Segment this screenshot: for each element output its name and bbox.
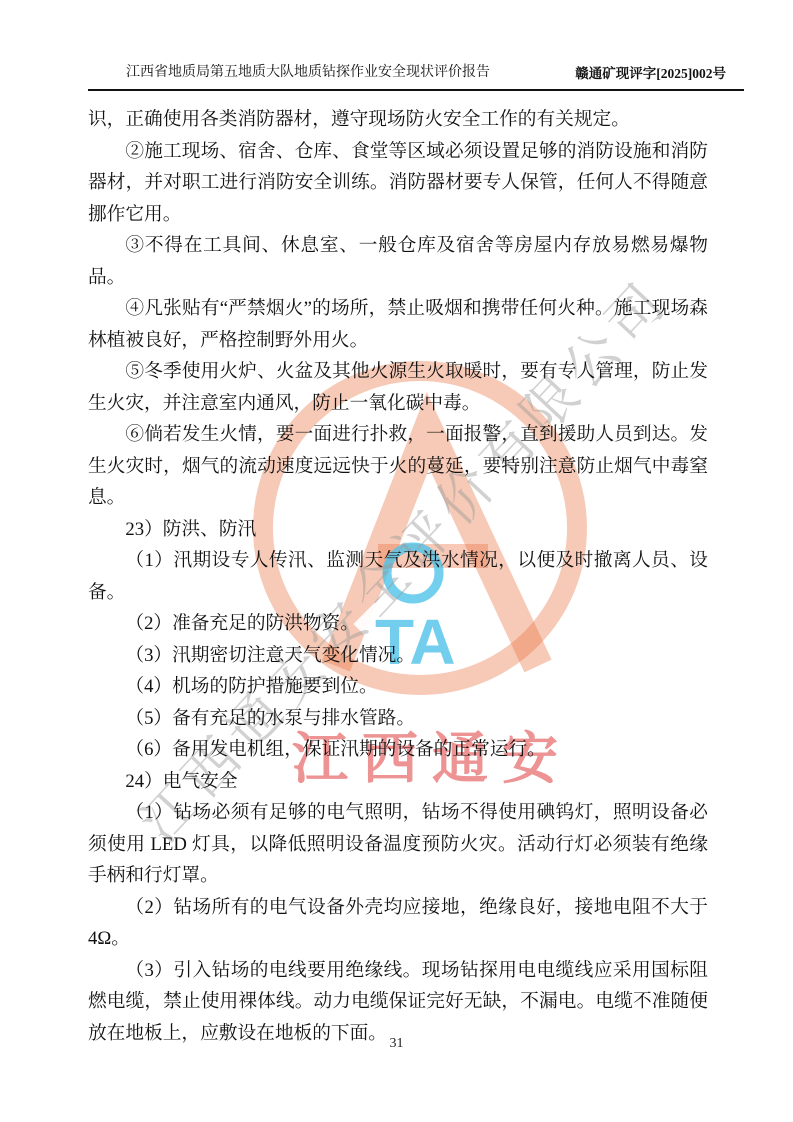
body-paragraph: （3）引入钻场的电线要用绝缘线。现场钻探用电电缆线应采用国标阻燃电缆，禁止使用裸… xyxy=(88,955,708,1050)
body-paragraph: 24）电气安全 xyxy=(88,766,708,798)
document-body: 识，正确使用各类消防器材，遵守现场防火安全工作的有关规定。②施工现场、宿舍、仓库… xyxy=(88,104,708,1049)
body-paragraph: 23）防洪、防汛 xyxy=(88,514,708,546)
header-report-title: 江西省地质局第五地质大队地质钻探作业安全现状评价报告 xyxy=(126,64,490,82)
body-paragraph: （3）汛期密切注意天气变化情况。 xyxy=(88,640,708,672)
page-number: 31 xyxy=(390,1036,404,1051)
body-paragraph: （2）钻场所有的电气设备外壳均应接地，绝缘良好，接地电阻不大于4Ω。 xyxy=(88,892,708,955)
document-page: TA 江西通安安全评价有限公司 江西通安 江西省地质局第五地质大队地质钻探作业安… xyxy=(0,0,793,1122)
page-footer: 31 xyxy=(0,1036,793,1052)
body-paragraph: （4）机场的防护措施要到位。 xyxy=(88,671,708,703)
body-paragraph: ⑤冬季使用火炉、火盆及其他火源生火取暖时，要有专人管理，防止发生火灾，并注意室内… xyxy=(88,356,708,419)
body-paragraph: ⑥倘若发生火情，要一面进行扑救，一面报警，直到援助人员到达。发生火灾时，烟气的流… xyxy=(88,419,708,514)
body-paragraph: （5）备有充足的水泵与排水管路。 xyxy=(88,703,708,735)
body-paragraph: ④凡张贴有“严禁烟火”的场所，禁止吸烟和携带任何火种。施工现场森林植被良好，严格… xyxy=(88,293,708,356)
body-paragraph: （1）汛期设专人传汛、监测天气及洪水情况，以便及时撤离人员、设备。 xyxy=(88,545,708,608)
body-paragraph: ③不得在工具间、休息室、一般仓库及宿舍等房屋内存放易燃易爆物品。 xyxy=(88,230,708,293)
body-paragraph: ②施工现场、宿舍、仓库、食堂等区域必须设置足够的消防设施和消防器材，并对职工进行… xyxy=(88,136,708,231)
body-paragraph: （6）备用发电机组，保证汛期的设备的正常运行。 xyxy=(88,734,708,766)
body-paragraph: 识，正确使用各类消防器材，遵守现场防火安全工作的有关规定。 xyxy=(88,104,708,136)
body-paragraph: （2）准备充足的防洪物资。 xyxy=(88,608,708,640)
header-doc-number: 赣通矿现评字[2025]002号 xyxy=(575,65,726,83)
body-paragraph: （1）钻场必须有足够的电气照明，钻场不得使用碘钨灯，照明设备必须使用 LED 灯… xyxy=(88,797,708,892)
page-header: 江西省地质局第五地质大队地质钻探作业安全现状评价报告 赣通矿现评字[2025]0… xyxy=(88,64,744,91)
